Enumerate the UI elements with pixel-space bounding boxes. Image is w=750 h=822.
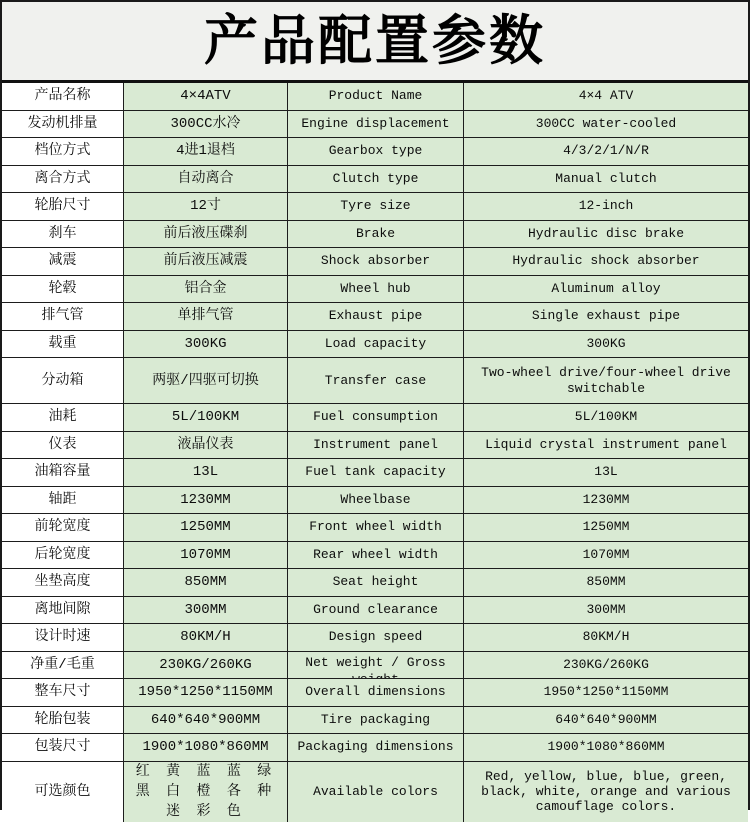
param-name-en: Fuel tank capacity: [287, 459, 463, 486]
table-row: 刹车 前后液压碟刹 Brake Hydraulic disc brake: [2, 221, 748, 249]
param-value-en: 4/3/2/1/N/R: [463, 138, 748, 165]
param-value-en: 230KG/260KG: [463, 652, 748, 679]
table-row: 仪表 液晶仪表 Instrument panel Liquid crystal …: [2, 432, 748, 460]
param-value-cn: 12寸: [123, 193, 287, 220]
table-row: 后轮宽度 1070MM Rear wheel width 1070MM: [2, 542, 748, 570]
table-row: 轴距 1230MM Wheelbase 1230MM: [2, 487, 748, 515]
spec-table: 产品名称 4×4ATV Product Name 4×4 ATV 发动机排量 3…: [2, 83, 748, 808]
param-value-cn: 自动离合: [123, 166, 287, 193]
param-name-cn: 轴距: [2, 487, 123, 514]
param-value-en: 850MM: [463, 569, 748, 596]
table-row: 离地间隙 300MM Ground clearance 300MM: [2, 597, 748, 625]
param-value-cn: 1900*1080*860MM: [123, 734, 287, 761]
param-name-cn: 分动箱: [2, 358, 123, 403]
param-value-en: 4×4 ATV: [463, 83, 748, 110]
table-row: 排气管 单排气管 Exhaust pipe Single exhaust pip…: [2, 303, 748, 331]
param-name-en: Clutch type: [287, 166, 463, 193]
param-name-en: Gearbox type: [287, 138, 463, 165]
param-value-en: 1900*1080*860MM: [463, 734, 748, 761]
table-row: 轮胎包装 640*640*900MM Tire packaging 640*64…: [2, 707, 748, 735]
param-value-en: Hydraulic disc brake: [463, 221, 748, 248]
param-value-en: 640*640*900MM: [463, 707, 748, 734]
param-value-cn: 1070MM: [123, 542, 287, 569]
param-value-cn: 13L: [123, 459, 287, 486]
param-value-cn: 300MM: [123, 597, 287, 624]
table-row: 发动机排量 300CC水冷 Engine displacement 300CC …: [2, 111, 748, 139]
param-name-cn: 后轮宽度: [2, 542, 123, 569]
table-row: 可选颜色 红 黄 蓝 蓝 绿 黑 白 橙 各 种 迷 彩 色 Available…: [2, 762, 748, 822]
param-value-cn: 80KM/H: [123, 624, 287, 651]
param-value-cn: 1230MM: [123, 487, 287, 514]
param-name-cn: 轮毂: [2, 276, 123, 303]
param-name-en: Wheelbase: [287, 487, 463, 514]
param-name-en: Rear wheel width: [287, 542, 463, 569]
table-row: 离合方式 自动离合 Clutch type Manual clutch: [2, 166, 748, 194]
param-value-en: Liquid crystal instrument panel: [463, 432, 748, 459]
param-value-en: 13L: [463, 459, 748, 486]
param-value-cn: 4×4ATV: [123, 83, 287, 110]
param-value-cn: 1250MM: [123, 514, 287, 541]
spec-sheet-page: 产品配置参数 产品名称 4×4ATV Product Name 4×4 ATV …: [0, 0, 750, 810]
page-title: 产品配置参数: [204, 14, 546, 68]
param-name-en: Product Name: [287, 83, 463, 110]
param-name-en: Exhaust pipe: [287, 303, 463, 330]
param-name-cn: 前轮宽度: [2, 514, 123, 541]
title-bar: 产品配置参数: [2, 2, 748, 83]
param-name-en: Wheel hub: [287, 276, 463, 303]
param-name-en: Tire packaging: [287, 707, 463, 734]
table-row: 轮毂 铝合金 Wheel hub Aluminum alloy: [2, 276, 748, 304]
param-name-cn: 包装尺寸: [2, 734, 123, 761]
param-name-en: Brake: [287, 221, 463, 248]
param-value-en: Hydraulic shock absorber: [463, 248, 748, 275]
param-name-en: Transfer case: [287, 358, 463, 403]
param-name-cn: 净重/毛重: [2, 652, 123, 679]
param-name-en: Design speed: [287, 624, 463, 651]
table-row: 油耗 5L/100KM Fuel consumption 5L/100KM: [2, 404, 748, 432]
param-name-cn: 刹车: [2, 221, 123, 248]
param-name-en: Engine displacement: [287, 111, 463, 138]
param-value-cn: 铝合金: [123, 276, 287, 303]
param-value-en: 1070MM: [463, 542, 748, 569]
param-value-en: 1230MM: [463, 487, 748, 514]
param-value-en: Aluminum alloy: [463, 276, 748, 303]
param-value-en: 300MM: [463, 597, 748, 624]
table-row: 前轮宽度 1250MM Front wheel width 1250MM: [2, 514, 748, 542]
param-name-en: Seat height: [287, 569, 463, 596]
table-row: 油箱容量 13L Fuel tank capacity 13L: [2, 459, 748, 487]
table-row: 产品名称 4×4ATV Product Name 4×4 ATV: [2, 83, 748, 111]
param-name-cn: 油箱容量: [2, 459, 123, 486]
param-value-en: 1950*1250*1150MM: [463, 679, 748, 706]
param-name-cn: 产品名称: [2, 83, 123, 110]
table-row: 坐垫高度 850MM Seat height 850MM: [2, 569, 748, 597]
param-value-en: 12-inch: [463, 193, 748, 220]
param-name-cn: 档位方式: [2, 138, 123, 165]
param-name-cn: 轮胎包装: [2, 707, 123, 734]
table-row: 包装尺寸 1900*1080*860MM Packaging dimension…: [2, 734, 748, 762]
param-name-en: Load capacity: [287, 331, 463, 358]
param-value-en: 80KM/H: [463, 624, 748, 651]
param-name-cn: 发动机排量: [2, 111, 123, 138]
param-name-cn: 轮胎尺寸: [2, 193, 123, 220]
table-row: 分动箱 两驱/四驱可切换 Transfer case Two-wheel dri…: [2, 358, 748, 404]
param-name-en: Instrument panel: [287, 432, 463, 459]
param-value-cn: 300CC水冷: [123, 111, 287, 138]
param-name-cn: 整车尺寸: [2, 679, 123, 706]
param-name-en: Packaging dimensions: [287, 734, 463, 761]
param-value-en: 300CC water-cooled: [463, 111, 748, 138]
param-name-cn: 坐垫高度: [2, 569, 123, 596]
param-name-cn: 可选颜色: [2, 762, 123, 822]
param-name-cn: 油耗: [2, 404, 123, 431]
param-value-en: 300KG: [463, 331, 748, 358]
table-row: 轮胎尺寸 12寸 Tyre size 12-inch: [2, 193, 748, 221]
table-row: 整车尺寸 1950*1250*1150MM Overall dimensions…: [2, 679, 748, 707]
table-row: 设计时速 80KM/H Design speed 80KM/H: [2, 624, 748, 652]
param-name-en: Front wheel width: [287, 514, 463, 541]
param-value-cn: 4进1退档: [123, 138, 287, 165]
param-name-cn: 排气管: [2, 303, 123, 330]
table-row: 载重 300KG Load capacity 300KG: [2, 331, 748, 359]
param-value-cn: 单排气管: [123, 303, 287, 330]
param-name-cn: 减震: [2, 248, 123, 275]
param-name-cn: 仪表: [2, 432, 123, 459]
param-name-cn: 载重: [2, 331, 123, 358]
param-value-en: Manual clutch: [463, 166, 748, 193]
param-value-en: 1250MM: [463, 514, 748, 541]
param-value-cn: 300KG: [123, 331, 287, 358]
param-name-en: Tyre size: [287, 193, 463, 220]
param-value-cn: 红 黄 蓝 蓝 绿 黑 白 橙 各 种 迷 彩 色: [123, 762, 287, 822]
param-value-cn: 两驱/四驱可切换: [123, 358, 287, 403]
param-value-en: Single exhaust pipe: [463, 303, 748, 330]
param-value-cn: 5L/100KM: [123, 404, 287, 431]
param-name-cn: 离合方式: [2, 166, 123, 193]
param-name-en: Fuel consumption: [287, 404, 463, 431]
param-value-en: Two-wheel drive/four-wheel drive switcha…: [463, 358, 748, 403]
param-value-en: 5L/100KM: [463, 404, 748, 431]
param-value-cn: 640*640*900MM: [123, 707, 287, 734]
param-value-cn: 1950*1250*1150MM: [123, 679, 287, 706]
param-value-en: Red, yellow, blue, blue, green, black, w…: [463, 762, 748, 822]
table-row: 减震 前后液压减震 Shock absorber Hydraulic shock…: [2, 248, 748, 276]
table-row: 净重/毛重 230KG/260KG Net weight / Gross wei…: [2, 652, 748, 680]
param-name-en: Shock absorber: [287, 248, 463, 275]
param-value-cn: 230KG/260KG: [123, 652, 287, 679]
param-value-cn: 850MM: [123, 569, 287, 596]
param-name-cn: 设计时速: [2, 624, 123, 651]
table-row: 档位方式 4进1退档 Gearbox type 4/3/2/1/N/R: [2, 138, 748, 166]
param-name-en: Overall dimensions: [287, 679, 463, 706]
param-value-cn: 前后液压碟刹: [123, 221, 287, 248]
param-name-en: Ground clearance: [287, 597, 463, 624]
param-name-en: Available colors: [287, 762, 463, 822]
param-name-en: Net weight / Gross weight: [287, 652, 463, 679]
param-value-cn: 前后液压减震: [123, 248, 287, 275]
param-name-cn: 离地间隙: [2, 597, 123, 624]
param-value-cn: 液晶仪表: [123, 432, 287, 459]
